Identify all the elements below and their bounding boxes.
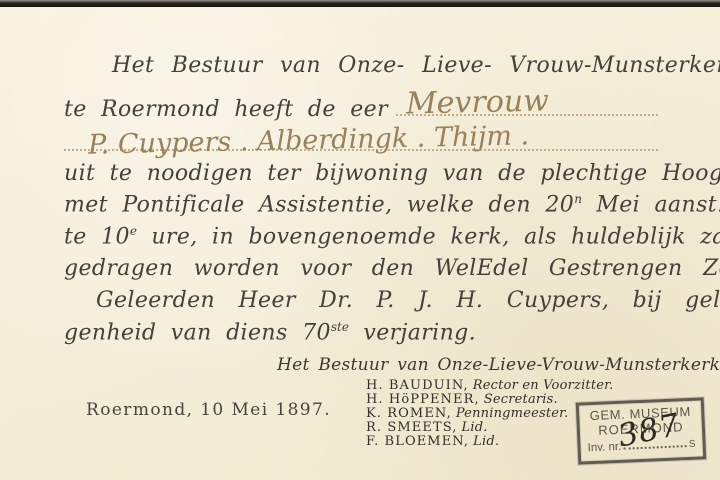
member-role: Secretaris. <box>484 392 558 407</box>
member-name: K. ROMEN, <box>366 406 452 421</box>
body-line-1: uit te noodigen ter bijwoning van de ple… <box>64 161 720 186</box>
body-line-2-superscript: n <box>574 192 582 206</box>
stamp-inventory-label: Inv. nr. <box>587 441 621 454</box>
member-name: H. BAUDUIN, <box>366 378 469 393</box>
opening-line-1: Het Bestuur van Onze- Lieve- Vrouw-Munst… <box>112 53 720 78</box>
body-line-3: te 10e ure, in bovengenoemde kerk, als h… <box>64 224 720 249</box>
member-role: Rector en Voorzitter. <box>473 378 614 393</box>
member-role: Penningmeester. <box>456 406 569 421</box>
member-name: H. HöPPENER, <box>366 392 480 407</box>
handwritten-addressee-name: P. Cuypers . Alberdingk . Thijm . <box>88 120 530 160</box>
body-line-6: genheid van diens 70ste verjaring. <box>64 320 476 345</box>
member-role: Lid. <box>473 434 499 449</box>
body-line-6-text: genheid van diens 70 <box>64 320 331 345</box>
body-line-3-superscript: e <box>130 224 137 238</box>
body-line-5: Geleerden Heer Dr. P. J. H. Cuypers, bij… <box>96 288 720 313</box>
body-line-2: met Pontificale Assistentie, welke den 2… <box>64 192 720 217</box>
body-line-3-text-end: ure, in bovengenoemde kerk, als huldebli… <box>137 224 720 249</box>
member-name: R. SMEETS, <box>366 420 458 435</box>
committee-member: H. BAUDUIN,Rector en Voorzitter. <box>366 379 613 392</box>
body-line-2-text: met Pontificale Assistentie, welke den 2… <box>64 192 574 217</box>
scanned-invitation-card: Het Bestuur van Onze- Lieve- Vrouw-Munst… <box>0 0 720 480</box>
addressee-dotted-line-1: Mevrouw <box>396 88 658 116</box>
committee-heading: Het Bestuur van Onze-Lieve-Vrouw-Munster… <box>277 355 720 375</box>
body-line-3-text: te 10 <box>64 224 130 249</box>
body-line-6-text-end: verjaring. <box>349 320 476 345</box>
museum-inventory-stamp: GEM. MUSEUM ROERMOND Inv. nr. S 387 <box>576 397 706 464</box>
body-line-2-text-end: Mei aanst., <box>582 192 720 217</box>
scan-top-edge <box>0 0 720 7</box>
stamp-inventory-suffix: S <box>689 439 696 450</box>
body-line-4: gedragen worden voor den WelEdel Gestren… <box>64 256 720 281</box>
addressee-dotted-line-2: P. Cuypers . Alberdingk . Thijm . <box>64 116 658 151</box>
member-name: F. BLOEMEN, <box>366 434 469 449</box>
body-line-6-superscript: ste <box>331 320 349 334</box>
member-role: Lid. <box>462 420 488 435</box>
dateline: Roermond, 10 Mei 1897. <box>86 400 331 420</box>
